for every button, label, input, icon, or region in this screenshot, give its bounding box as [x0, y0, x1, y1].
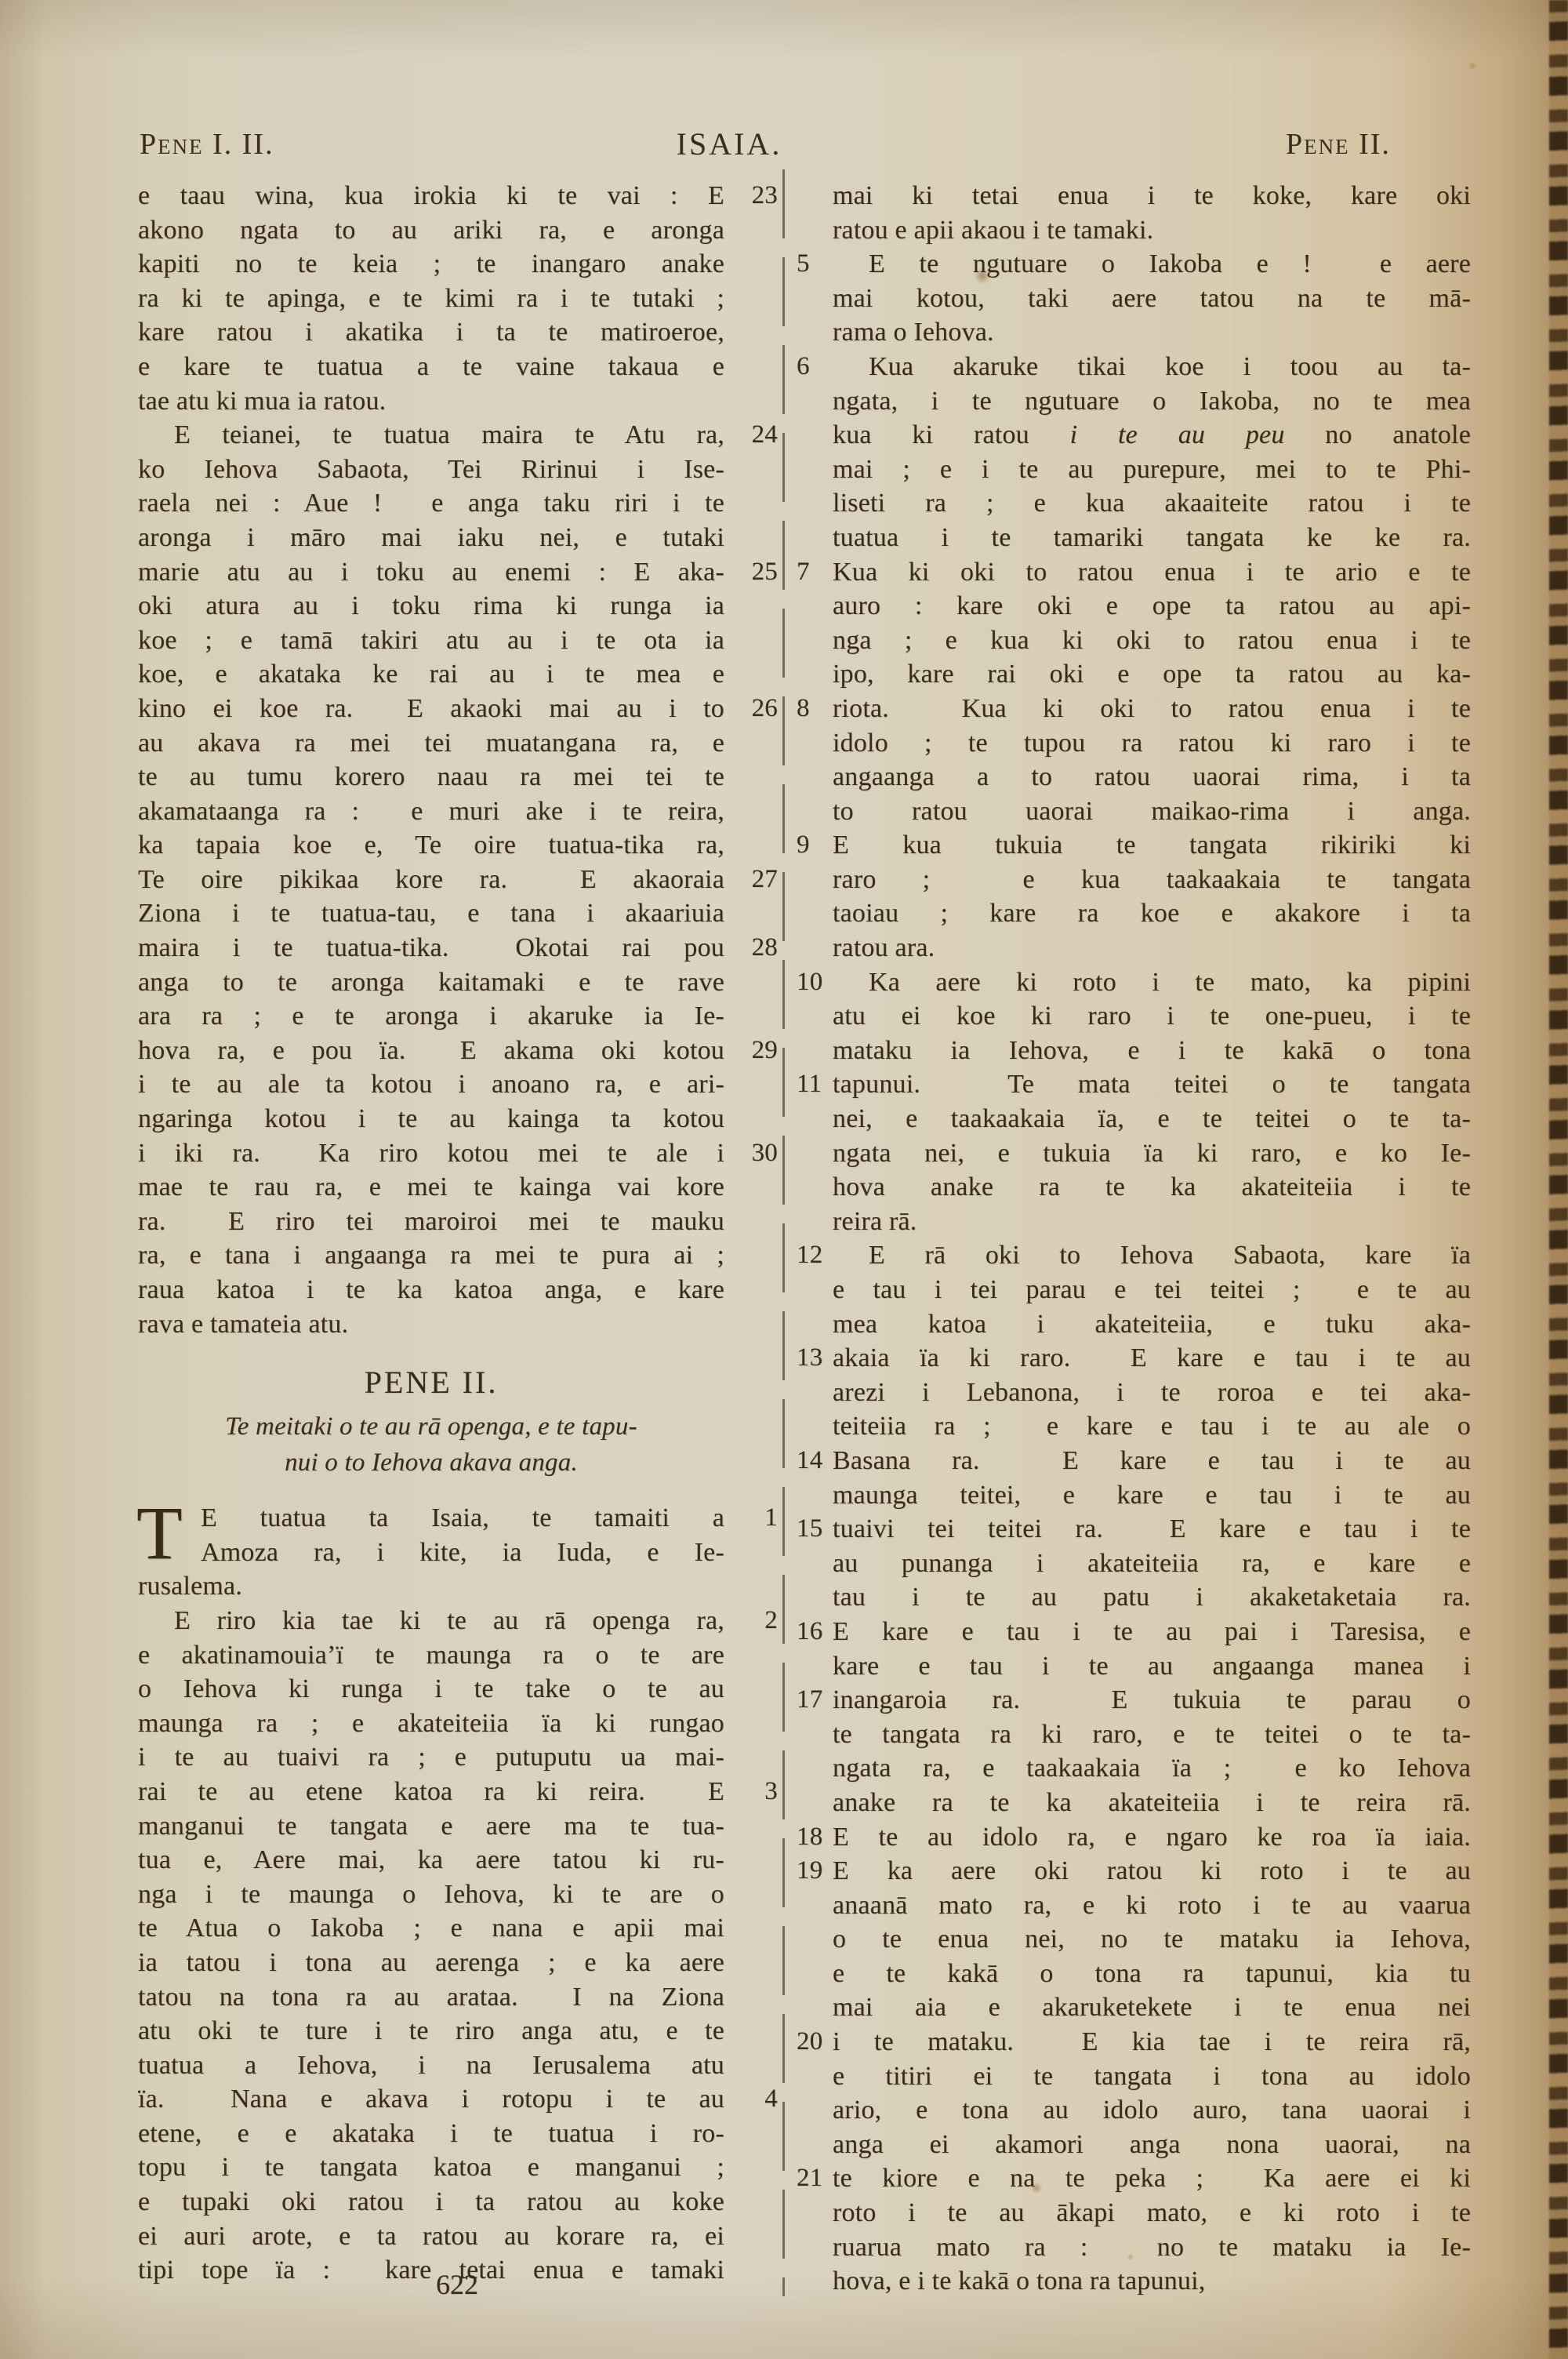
verse-number: 16 [797, 1615, 822, 1649]
text-line: E kare e tau i te au pai i Taresisa, e16 [797, 1615, 1471, 1649]
text-line: aronga i māro mai iaku nei, e tutaki [138, 521, 779, 555]
text-line: topu i te tangata katoa e manganui ; [138, 2150, 779, 2185]
line-text: topu i te tangata katoa e manganui ; [138, 2153, 724, 2182]
text-line: ra, e tana i angaanga ra mei te pura ai … [138, 1238, 779, 1273]
line-text: i iki ra. Ka riro kotou mei te ale i [138, 1139, 724, 1168]
text-line: maunga ra ; e akateiteiia ïa ki rungao [138, 1707, 779, 1741]
text-line: te tangata ra ki raro, e te teitei o te … [797, 1717, 1471, 1752]
text-line: au akava ra mei tei muatangana ra, e [138, 726, 779, 761]
line-text: e titiri ei te tangata i tona au idolo [833, 2062, 1471, 2091]
text-line: E teianei, te tuatua maira te Atu ra,24 [138, 418, 779, 453]
page-number: 622 [138, 2268, 776, 2301]
line-text: anaanā mato ra, e ki roto i te au vaarua [833, 1891, 1471, 1920]
verse-number: 15 [797, 1512, 822, 1547]
verse-number: 17 [797, 1683, 822, 1717]
line-text: E riro kia tae ki te au rā openga ra, [174, 1606, 724, 1635]
text-line: Amoza ra, i kite, ia Iuda, e Ie- [138, 1536, 779, 1570]
text-line: mai ki tetai enua i te koke, kare oki [797, 179, 1471, 213]
text-line: i te au ale ta kotou i anoano ra, e ari- [138, 1067, 779, 1102]
verse-number: 21 [797, 2161, 822, 2196]
page-title: ISAIA. [612, 127, 847, 162]
text-line: anake ra te ka akateiteiia i te reira rā… [797, 1786, 1471, 1820]
line-text: ngata, i te ngutuare o Iakoba, no te mea [833, 387, 1471, 416]
line-text: i te mataku. E kia tae i te reira rā, [833, 2027, 1471, 2056]
text-line: koe ; e tamā takiri atu au i te ota ia [138, 623, 779, 658]
line-text: anga ei akamori anga nona uaorai, na [833, 2130, 1471, 2159]
line-text: E tuatua ta Isaia, te tamaiti a [201, 1503, 724, 1532]
text-line: e kare te tuatua a te vaine takaua e [138, 350, 779, 384]
line-text: koe ; e tamā takiri atu au i te ota ia [138, 626, 724, 655]
text-line: arezi i Lebanona, i te roroa e tei aka- [797, 1376, 1471, 1410]
text-line: ïa. Nana e akava i rotopu i te au4 [138, 2082, 779, 2117]
line-text: rusalema. [138, 1572, 242, 1601]
verse-number: 12 [797, 1238, 822, 1273]
line-text: Ka aere ki roto i te mato, ka pipini [869, 968, 1471, 997]
text-line: etene, e e akataka i te tuatua i ro- [138, 2117, 779, 2151]
verse-number: 9 [797, 828, 810, 863]
text-line: maunga teitei, e kare e tau i te au [797, 1478, 1471, 1513]
text-line: manganui te tangata e aere ma te tua- [138, 1809, 779, 1844]
line-text: nei, e taakaakaia ïa, e te teitei o te t… [833, 1104, 1471, 1133]
text-line: te kiore e na te peka ; Ka aere ei ki21 [797, 2161, 1471, 2196]
text-line: raela nei : Aue ! e anga taku riri i te [138, 486, 779, 521]
line-text: rai te au etene katoa ra ki reira. E [138, 1777, 724, 1806]
line-text: Basana ra. E kare e tau i te au [833, 1446, 1471, 1475]
line-text: o te enua nei, no te mataku ia Iehova, [833, 1925, 1471, 1954]
text-line: i iki ra. Ka riro kotou mei te ale i30 [138, 1136, 779, 1171]
line-text: kare ratou i akatika i ta te matiroeroe, [138, 318, 724, 347]
line-text: ipo, kare rai oki e ope ta ratou au ka- [833, 660, 1471, 689]
text-line: atu oki te ture i te riro anga atu, e te [138, 2014, 779, 2048]
line-text: manganui te tangata e aere ma te tua- [138, 1812, 724, 1841]
line-text: te tangata ra ki raro, e te teitei o te … [833, 1720, 1471, 1749]
line-text: te kiore e na te peka ; Ka aere ei ki [833, 2164, 1471, 2193]
verse-number: 13 [797, 1341, 822, 1376]
line-text: tua e, Aere mai, ka aere tatou ki ru- [138, 1845, 724, 1874]
verse-number: 27 [752, 863, 778, 897]
text-line: i te au tuaivi ra ; e putuputu ua mai- [138, 1740, 779, 1775]
line-text: i te au tuaivi ra ; e putuputu ua mai- [138, 1743, 724, 1772]
text-line: o Iehova ki runga i te take o te au [138, 1672, 779, 1707]
line-text: ruarua mato ra : no te mataku ia Ie- [833, 2233, 1471, 2262]
line-text: tuatua a Iehova, i na Ierusalema atu [138, 2051, 724, 2080]
line-text: ia tatou i tona au aerenga ; e ka aere [138, 1948, 724, 1977]
line-text: Te meitaki o te au rā openga, e te tapu- [225, 1412, 637, 1441]
line-text: hova ra, e pou ïa. E akama oki kotou [138, 1036, 724, 1065]
line-text: e tupaki oki ratou i ta ratou au koke [138, 2187, 724, 2216]
text-line: idolo ; te tupou ra ratou ki raro i te [797, 726, 1471, 761]
right-column: mai ki tetai enua i te koke, kare okirat… [797, 179, 1471, 2299]
line-text: kapiti no te keia ; te inangaro anake [138, 249, 724, 278]
text-line: rusalema. [138, 1569, 779, 1604]
text-line: E te ngutuare o Iakoba e ! e aere5 [797, 247, 1471, 282]
text-line: reira rā. [797, 1205, 1471, 1239]
line-text: Kua ki oki to ratou enua i te ario e te [833, 558, 1471, 587]
text-line: mai aia e akaruketekete i te enua nei [797, 1990, 1471, 2025]
text-line: ra ki te apinga, e te kimi ra i te tutak… [138, 282, 779, 316]
text-line: kare ratou i akatika i ta te matiroeroe, [138, 315, 779, 350]
text-line: anaanā mato ra, e ki roto i te au vaarua [797, 1888, 1471, 1923]
text-line: mae te rau ra, e mei te kainga vai kore [138, 1170, 779, 1205]
line-text: hova, e i te kakā o tona ra tapunui, [833, 2266, 1205, 2295]
text-line: angaanga a to ratou uaorai rima, i ta [797, 760, 1471, 794]
verse-number: 6 [797, 350, 810, 384]
line-text: tuaivi tei teitei ra. E kare e tau i te [833, 1514, 1471, 1543]
chapter-heading: PENE II. [138, 1360, 779, 1405]
text-line: tuatua i te tamariki tangata ke ke ra. [797, 521, 1471, 555]
text-line: ra. E riro tei maroiroi mei te mauku [138, 1205, 779, 1239]
line-text: E te au idolo ra, e ngaro ke roa ïa iaia… [833, 1823, 1471, 1852]
text-line: ngata, i te ngutuare o Iakoba, no te mea [797, 384, 1471, 419]
verse-number: 24 [752, 418, 778, 453]
text-line: ario, e tona au idolo auro, tana uaorai … [797, 2093, 1471, 2128]
text-line: liseti ra ; e kua akaaiteite ratou i te [797, 486, 1471, 521]
line-text: mai ki tetai enua i te koke, kare oki [833, 181, 1471, 210]
line-text: rama o Iehova. [833, 318, 994, 347]
line-text: kino ei koe ra. E akaoki mai au i to [138, 694, 724, 723]
text-line: e tau i tei parau e tei teitei ; e te au [797, 1273, 1471, 1307]
line-text: te Atua o Iakoba ; e nana e apii mai [138, 1914, 724, 1943]
line-text: Te oire pikikaa kore ra. E akaoraia [138, 865, 724, 894]
text-line: e akatinamouia’ï te maunga ra o te are [138, 1638, 779, 1673]
text-line: tua e, Aere mai, ka aere tatou ki ru- [138, 1843, 779, 1877]
page-edge-shadow [1549, 0, 1568, 2359]
line-text: nui o to Iehova akava anga. [285, 1448, 578, 1477]
line-text: ra ki te apinga, e te kimi ra i te tutak… [138, 284, 724, 313]
verse-number: 20 [797, 2025, 822, 2059]
text-line: koe, e akataka ke rai au i te mea e [138, 657, 779, 692]
line-text: e kare te tuatua a te vaine takaua e [138, 352, 724, 381]
left-column: e taau wina, kua irokia ki te vai : E23a… [138, 179, 779, 2288]
line-text: ara ra ; e te aronga i akaruke ia Ie- [138, 1001, 724, 1030]
line-text: raela nei : Aue ! e anga taku riri i te [138, 489, 724, 518]
line-text: idolo ; te tupou ra ratou ki raro i te [833, 729, 1471, 758]
line-text: ka tapaia koe e, Te oire tuatua-tika ra, [138, 831, 724, 860]
text-line: mea katoa i akateiteiia, e tuku aka- [797, 1307, 1471, 1342]
running-head-right: Pene II. [1286, 127, 1391, 162]
text-line: riota. Kua ki oki to ratou enua i te8 [797, 692, 1471, 726]
line-text: e tau i tei parau e tei teitei ; e te au [833, 1275, 1471, 1304]
line-text: roto i te au ākapi mato, e ki roto i te [833, 2198, 1471, 2227]
line-text: tatou na tona ra au arataa. I na Ziona [138, 1983, 724, 2012]
chapter-subtitle: nui o to Iehova akava anga. [138, 1445, 779, 1481]
line-text: E kare e tau i te au pai i Taresisa, e [833, 1617, 1471, 1646]
text-line: kapiti no te keia ; te inangaro anake [138, 247, 779, 282]
line-text: Amoza ra, i kite, ia Iuda, e Ie- [201, 1538, 724, 1567]
text-line: ratou ara. [797, 931, 1471, 965]
line-text: ei auri arote, e ta ratou au korare ra, … [138, 2222, 724, 2251]
verse-number: 5 [797, 247, 810, 282]
line-text: e akatinamouia’ï te maunga ra o te are [138, 1641, 724, 1670]
text-line: raua katoa i te ka katoa anga, e kare [138, 1273, 779, 1307]
verse-number: 7 [797, 555, 810, 590]
text-line: e taau wina, kua irokia ki te vai : E23 [138, 179, 779, 213]
text-line: tae atu ki mua ia ratou. [138, 384, 779, 419]
line-text: riota. Kua ki oki to ratou enua i te [833, 694, 1471, 723]
line-text: raro ; e kua taakaakaia te tangata [833, 865, 1471, 894]
line-text: ratou e apii akaou i te tamaki. [833, 216, 1153, 245]
line-text: kare e tau i te au angaanga manea i [833, 1652, 1471, 1681]
line-text: koe, e akataka ke rai au i te mea e [138, 660, 724, 689]
line-text: e te kakā o tona ra tapunui, kia tu [833, 1959, 1471, 1988]
text-line: kino ei koe ra. E akaoki mai au i to26 [138, 692, 779, 726]
text-line: o te enua nei, no te mataku ia Iehova, [797, 1922, 1471, 1957]
text-line: maira i te tuatua-tika. Okotai rai pou28 [138, 931, 779, 965]
text-line: mataku ia Iehova, e i te kakā o tona [797, 1034, 1471, 1068]
line-text: mai ; e i te au purepure, mei to te Phi- [833, 455, 1471, 484]
text-line: hova anake ra te ka akateiteiia i te [797, 1170, 1471, 1205]
line-text: ïa. Nana e akava i rotopu i te au [138, 2085, 724, 2114]
text-line: TE tuatua ta Isaia, te tamaiti a1 [138, 1501, 779, 1536]
text-line: ipo, kare rai oki e ope ta ratou au ka- [797, 657, 1471, 692]
column-divider [782, 169, 785, 2296]
verse-number: 2 [764, 1604, 778, 1638]
line-text: akaia ïa ki raro. E kare e tau i te au [833, 1343, 1471, 1372]
line-text: nga i te maunga o Iehova, ki te are o [138, 1880, 724, 1909]
text-line: Ka aere ki roto i te mato, ka pipini10 [797, 965, 1471, 1000]
verse-number: 30 [752, 1136, 778, 1171]
line-text: au punanga i akateiteiia ra, e kare e [833, 1549, 1471, 1578]
text-line: ratou e apii akaou i te tamaki. [797, 213, 1471, 248]
line-text: aronga i māro mai iaku nei, e tutaki [138, 523, 724, 552]
text-line: e te kakā o tona ra tapunui, kia tu [797, 1957, 1471, 1991]
text-line: atu ei koe ki raro i te one-pueu, i te [797, 999, 1471, 1034]
running-head-left: Pene I. II. [140, 127, 274, 162]
text-line: E riro kia tae ki te au rā openga ra,2 [138, 1604, 779, 1638]
line-text: ra. E riro tei maroiroi mei te mauku [138, 1207, 724, 1236]
line-text: akamataanga ra : e muri ake i te reira, [138, 797, 724, 826]
text-line: nei, e taakaakaia ïa, e te teitei o te t… [797, 1102, 1471, 1136]
line-text: mai aia e akaruketekete i te enua nei [833, 1993, 1471, 2022]
text-line: Te oire pikikaa kore ra. E akaoraia27 [138, 863, 779, 897]
verse-number: 23 [752, 179, 778, 213]
line-text: no anatole [1285, 420, 1471, 449]
line-text: atu oki te ture i te riro anga atu, e te [138, 2016, 724, 2045]
text-line: ara ra ; e te aronga i akaruke ia Ie- [138, 999, 779, 1034]
line-text: i te au ale ta kotou i anoano ra, e ari- [138, 1070, 724, 1099]
line-text: anga to te aronga kaitamaki e te rave [138, 968, 724, 997]
text-line: tau i te au patu i akaketaketaia ra. [797, 1580, 1471, 1615]
line-text: tau i te au patu i akaketaketaia ra. [833, 1583, 1471, 1612]
text-line: ia tatou i tona au aerenga ; e ka aere [138, 1946, 779, 1980]
line-text: maunga teitei, e kare e tau i te au [833, 1481, 1471, 1510]
text-line: kua ki ratou i te au peu no anatole [797, 418, 1471, 453]
line-text: oki atura au i toku rima ki runga ia [138, 591, 724, 620]
text-line: inangaroia ra. E tukuia te parau o17 [797, 1683, 1471, 1717]
line-text: E teianei, te tuatua maira te Atu ra, [174, 420, 724, 449]
verse-number: 19 [797, 1854, 822, 1888]
verse-number: 1 [764, 1501, 778, 1536]
line-text: inangaroia ra. E tukuia te parau o [833, 1685, 1471, 1714]
text-line: e titiri ei te tangata i tona au idolo [797, 2059, 1471, 2094]
line-text: e taau wina, kua irokia ki te vai : E [138, 181, 724, 210]
chapter-subtitle: Te meitaki o te au rā openga, e te tapu- [138, 1408, 779, 1445]
line-text: auro : kare oki e ope ta ratou au api- [833, 591, 1471, 620]
text-line: auro : kare oki e ope ta ratou au api- [797, 589, 1471, 623]
text-line: ngaringa kotou i te au kainga ta kotou [138, 1102, 779, 1136]
line-text: Ziona i te tuatua-tau, e tana i akaariui… [138, 899, 724, 928]
text-line: raro ; e kua taakaakaia te tangata [797, 863, 1471, 897]
line-text: ngata nei, e tukuia ïa ki raro, e ko Ie- [833, 1139, 1471, 1168]
text-line: akaia ïa ki raro. E kare e tau i te au13 [797, 1341, 1471, 1376]
line-text: teiteiia ra ; e kare e tau i te au ale o [833, 1412, 1471, 1441]
verse-number: 3 [764, 1775, 778, 1809]
line-text: mae te rau ra, e mei te kainga vai kore [138, 1172, 724, 1201]
line-text: tuatua i te tamariki tangata ke ke ra. [833, 523, 1471, 552]
line-text: i te au peu [1070, 420, 1285, 449]
text-line: e tupaki oki ratou i ta ratou au koke [138, 2185, 779, 2219]
line-text: akono ngata to au ariki ra, e aronga [138, 216, 724, 245]
text-line: E rā oki to Iehova Sabaota, kare ïa12 [797, 1238, 1471, 1273]
text-line: nga ; e kua ki oki to ratou enua i te [797, 623, 1471, 658]
line-text: atu ei koe ki raro i te one-pueu, i te [833, 1001, 1471, 1030]
verse-number: 4 [764, 2082, 778, 2117]
text-line: anga to te aronga kaitamaki e te rave [138, 965, 779, 1000]
text-line: anga ei akamori anga nona uaorai, na [797, 2128, 1471, 2162]
text-line: teiteiia ra ; e kare e tau i te au ale o [797, 1409, 1471, 1444]
text-line: tuatua a Iehova, i na Ierusalema atu [138, 2048, 779, 2083]
line-text: taoiau ; kare ra koe e akakore i ta [833, 899, 1471, 928]
line-text: maira i te tuatua-tika. Okotai rai pou [138, 933, 724, 962]
line-text: o Iehova ki runga i te take o te au [138, 1674, 724, 1703]
text-line: mai ; e i te au purepure, mei to te Phi- [797, 453, 1471, 487]
line-text: liseti ra ; e kua akaaiteite ratou i te [833, 489, 1471, 518]
text-line: ngata nei, e tukuia ïa ki raro, e ko Ie- [797, 1136, 1471, 1171]
text-line: rai te au etene katoa ra ki reira. E3 [138, 1775, 779, 1809]
text-line: rama o Iehova. [797, 315, 1471, 350]
text-line: Basana ra. E kare e tau i te au14 [797, 1444, 1471, 1478]
text-line: to ratou uaorai maikao-rima i anga. [797, 794, 1471, 829]
text-line: E ka aere oki ratou ki roto i te au19 [797, 1854, 1471, 1888]
line-text: marie atu au i toku au enemi : E aka- [138, 558, 724, 587]
text-line: te au tumu korero naau ra mei tei te [138, 760, 779, 794]
text-line: au punanga i akateiteiia ra, e kare e [797, 1547, 1471, 1581]
line-text: te au tumu korero naau ra mei tei te [138, 762, 724, 791]
text-line: mai kotou, taki aere tatou na te mā- [797, 282, 1471, 316]
text-line: ruarua mato ra : no te mataku ia Ie- [797, 2230, 1471, 2265]
verse-number: 18 [797, 1820, 822, 1855]
line-text: E te ngutuare o Iakoba e ! e aere [869, 249, 1471, 278]
verse-number: 11 [797, 1067, 822, 1102]
text-line: Ziona i te tuatua-tau, e tana i akaariui… [138, 896, 779, 931]
line-text: mea katoa i akateiteiia, e tuku aka- [833, 1310, 1471, 1339]
line-text: PENE II. [365, 1365, 499, 1400]
text-line: roto i te au ākapi mato, e ki roto i te [797, 2196, 1471, 2230]
line-text: mataku ia Iehova, e i te kakā o tona [833, 1036, 1471, 1065]
line-text: ratou ara. [833, 933, 935, 962]
text-line: E kua tukuia te tangata rikiriki ki9 [797, 828, 1471, 863]
line-text: etene, e e akataka i te tuatua i ro- [138, 2119, 724, 2148]
text-line: rava e tamateia atu. [138, 1307, 779, 1342]
line-text: ngaringa kotou i te au kainga ta kotou [138, 1104, 724, 1133]
line-text: arezi i Lebanona, i te roroa e tei aka- [833, 1378, 1471, 1407]
text-line: marie atu au i toku au enemi : E aka-25 [138, 555, 779, 590]
line-text: maunga ra ; e akateiteiia ïa ki rungao [138, 1709, 724, 1738]
line-text: raua katoa i te ka katoa anga, e kare [138, 1275, 724, 1304]
line-text: E rā oki to Iehova Sabaota, kare ïa [869, 1241, 1471, 1270]
text-line: ko Iehova Sabaota, Tei Ririnui i Ise- [138, 453, 779, 487]
line-text: ra, e tana i angaanga ra mei te pura ai … [138, 1241, 724, 1270]
text-line: Kua ki oki to ratou enua i te ario e te7 [797, 555, 1471, 590]
line-text: tae atu ki mua ia ratou. [138, 387, 386, 416]
line-text: kua ki ratou [833, 420, 1070, 449]
line-text: tapunui. Te mata teitei o te tangata [833, 1070, 1471, 1099]
verse-number: 8 [797, 692, 810, 726]
line-text: hova anake ra te ka akateiteiia i te [833, 1172, 1471, 1201]
line-text: nga ; e kua ki oki to ratou enua i te [833, 626, 1471, 655]
verse-number: 10 [797, 965, 822, 1000]
line-text: to ratou uaorai maikao-rima i anga. [833, 797, 1471, 826]
text-line: hova ra, e pou ïa. E akama oki kotou29 [138, 1034, 779, 1068]
line-text: rava e tamateia atu. [138, 1310, 348, 1339]
line-text: ario, e tona au idolo auro, tana uaorai … [833, 2095, 1471, 2125]
verse-number: 25 [752, 555, 778, 590]
text-line: Kua akaruke tikai koe i toou au ta-6 [797, 350, 1471, 384]
text-line: ngata ra, e taakaakaia ïa ; e ko Iehova [797, 1751, 1471, 1786]
text-line: i te mataku. E kia tae i te reira rā,20 [797, 2025, 1471, 2059]
verse-number: 26 [752, 692, 778, 726]
line-text: Kua akaruke tikai koe i toou au ta- [869, 352, 1471, 381]
line-text: E kua tukuia te tangata rikiriki ki [833, 831, 1471, 860]
line-text: mai kotou, taki aere tatou na te mā- [833, 284, 1471, 313]
text-line: hova, e i te kakā o tona ra tapunui, [797, 2264, 1471, 2299]
text-line: taoiau ; kare ra koe e akakore i ta [797, 896, 1471, 931]
line-text: ko Iehova Sabaota, Tei Ririnui i Ise- [138, 455, 724, 484]
line-text: reira rā. [833, 1207, 917, 1236]
verse-number: 28 [752, 931, 778, 965]
text-line: E te au idolo ra, e ngaro ke roa ïa iaia… [797, 1820, 1471, 1855]
text-line: ka tapaia koe e, Te oire tuatua-tika ra, [138, 828, 779, 863]
text-line: nga i te maunga o Iehova, ki te are o [138, 1877, 779, 1912]
line-text: au akava ra mei tei muatangana ra, e [138, 729, 724, 758]
line-text: angaanga a to ratou uaorai rima, i ta [833, 762, 1471, 791]
text-line: tuaivi tei teitei ra. E kare e tau i te1… [797, 1512, 1471, 1547]
verse-number: 14 [797, 1444, 822, 1478]
text-line: ei auri arote, e ta ratou au korare ra, … [138, 2219, 779, 2254]
text-line: kare e tau i te au angaanga manea i [797, 1649, 1471, 1684]
book-page: Pene I. II. ISAIA. Pene II. e taau wina,… [0, 0, 1568, 2359]
verse-number: 29 [752, 1034, 778, 1068]
line-text: anake ra te ka akateiteiia i te reira rā… [833, 1788, 1471, 1817]
text-line: akono ngata to au ariki ra, e aronga [138, 213, 779, 248]
text-line: te Atua o Iakoba ; e nana e apii mai [138, 1911, 779, 1946]
text-line: oki atura au i toku rima ki runga ia [138, 589, 779, 623]
text-line: tapunui. Te mata teitei o te tangata11 [797, 1067, 1471, 1102]
line-text: ngata ra, e taakaakaia ïa ; e ko Iehova [833, 1754, 1471, 1783]
text-line: akamataanga ra : e muri ake i te reira, [138, 794, 779, 829]
line-text: E ka aere oki ratou ki roto i te au [833, 1856, 1471, 1885]
text-line: tatou na tona ra au arataa. I na Ziona [138, 1980, 779, 2015]
